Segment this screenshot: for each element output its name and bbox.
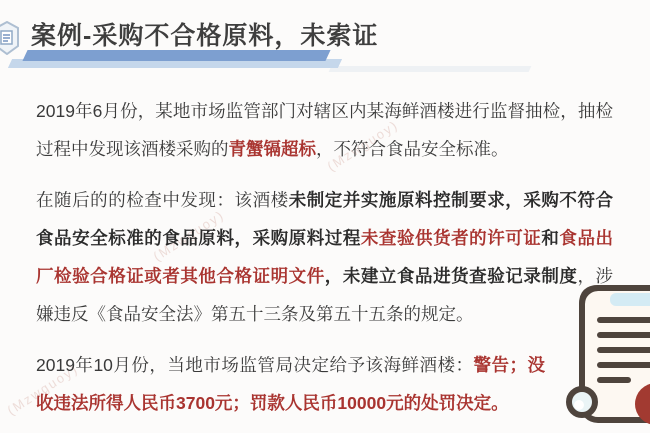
text-run: 在随后的的检查中发现：该酒楼 — [36, 190, 289, 210]
title-underline-dark — [22, 50, 330, 61]
paragraph-penalty: 2019年10月份，当地市场监管局决定给予该海鲜酒楼：警告；没收违法所得人民币3… — [36, 346, 613, 422]
text-run-bold: 和 — [541, 228, 559, 248]
text-run-bold: ，未建立食品进货查验记录制度 — [325, 266, 578, 286]
text-run: ，不符合食品安全标准。 — [316, 139, 509, 159]
paragraph-findings: 在随后的的检查中发现：该酒楼未制定并实施原料控制要求，采购不符合食品安全标准的食… — [36, 181, 613, 333]
scroll-document-icon — [570, 282, 650, 433]
text-run-red: 未查验供货者的许可证 — [361, 228, 541, 248]
title-underline-shadow — [329, 66, 532, 72]
text-run: 2019年10月份，当地市场监管局决定给予该海鲜酒楼： — [36, 355, 473, 375]
paragraph-inspection: 2019年6月份，某地市场监管部门对辖区内某海鲜酒楼进行监督抽检，抽检过程中发现… — [36, 92, 613, 168]
slide-title: 案例-采购不合格原料，未索证 — [31, 16, 378, 52]
slide-canvas: 案例-采购不合格原料，未索证 (Mzwguoy) (Mzwguoy) (Mzwg… — [0, 0, 650, 433]
body-text-block: 2019年6月份，某地市场监管部门对辖区内某海鲜酒楼进行监督抽检，抽检过程中发现… — [36, 92, 613, 433]
header-stamp-icon — [0, 21, 20, 55]
text-run-red: 青蟹镉超标 — [229, 139, 317, 159]
